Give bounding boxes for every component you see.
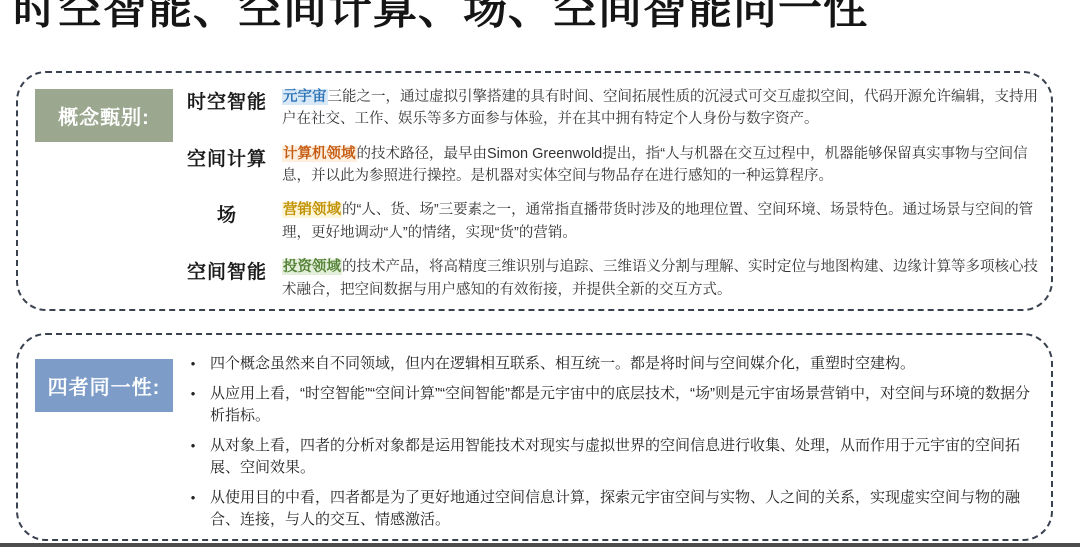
- concepts-rows: 时空智能 元宇宙三能之一，通过虚拟引擎搭建的具有时间、空间拓展性质的沉浸式可交互…: [176, 86, 1039, 301]
- concept-term: 场: [176, 199, 278, 227]
- highlight-term: 投资领域: [282, 259, 342, 275]
- bullet-icon: •: [176, 383, 210, 401]
- bullet-text: 从使用目的中看，四者都是为了更好地通过空间信息计算，探索元宇宙空间与实物、人之间…: [210, 487, 1037, 531]
- concept-term: 空间计算: [176, 143, 278, 171]
- concept-definition: 投资领域的技术产品，将高精度三维识别与追踪、三维语义分割与理解、实时定位与地图构…: [278, 256, 1039, 301]
- concepts-label: 概念甄别:: [35, 89, 173, 142]
- concept-term: 空间智能: [176, 256, 278, 284]
- identity-bullet-list: • 四个概念虽然来自不同领域，但内在逻辑相互联系、相互统一。都是将时间与空间媒介…: [176, 353, 1037, 531]
- definition-text: 的技术产品，将高精度三维识别与追踪、三维语义分割与理解、实时定位与地图构建、边缘…: [282, 259, 1038, 297]
- bottom-edge-bar: [0, 543, 1080, 547]
- bullet-text: 从对象上看，四者的分析对象都是运用智能技术对现实与虚拟世界的空间信息进行收集、处…: [210, 435, 1037, 479]
- definition-text: 的技术路径，最早由Simon Greenwold提出，指“人与机器在交互过程中，…: [282, 146, 1028, 184]
- bullet-text: 从应用上看，“时空智能”“空间计算”“空间智能”都是元宇宙中的底层技术，“场”则…: [210, 383, 1037, 427]
- concept-row-spatial-intelligence: 空间智能 投资领域的技术产品，将高精度三维识别与追踪、三维语义分割与理解、实时定…: [176, 256, 1039, 301]
- highlight-term: 营销领域: [282, 202, 342, 218]
- concept-term: 时空智能: [176, 86, 278, 114]
- concept-row-spatiotemporal-intelligence: 时空智能 元宇宙三能之一，通过虚拟引擎搭建的具有时间、空间拓展性质的沉浸式可交互…: [176, 86, 1039, 131]
- bullet-icon: •: [176, 353, 210, 371]
- bullet-icon: •: [176, 435, 210, 453]
- identity-label: 四者同一性:: [35, 359, 173, 412]
- list-item: • 从对象上看，四者的分析对象都是运用智能技术对现实与虚拟世界的空间信息进行收集…: [176, 435, 1037, 479]
- concept-definition: 营销领域的“人、货、场”三要素之一，通常指直播带货时涉及的地理位置、空间环境、场…: [278, 199, 1039, 244]
- list-item: • 从应用上看，“时空智能”“空间计算”“空间智能”都是元宇宙中的底层技术，“场…: [176, 383, 1037, 427]
- identity-panel: 四者同一性: • 四个概念虽然来自不同领域，但内在逻辑相互联系、相互统一。都是将…: [16, 333, 1053, 541]
- definition-text: 的“人、货、场”三要素之一，通常指直播带货时涉及的地理位置、空间环境、场景特色。…: [282, 202, 1033, 240]
- bullet-icon: •: [176, 487, 210, 505]
- concept-row-spatial-computing: 空间计算 计算机领域的技术路径，最早由Simon Greenwold提出，指“人…: [176, 143, 1039, 188]
- list-item: 从使用目的中看，四者都是为了更好地通过空间信息计算，探索元宇宙空间与实物、人之间…: [176, 487, 1037, 531]
- concept-row-field: 场 营销领域的“人、货、场”三要素之一，通常指直播带货时涉及的地理位置、空间环境…: [176, 199, 1039, 244]
- definition-text: 三能之一，通过虚拟引擎搭建的具有时间、空间拓展性质的沉浸式可交互虚拟空间，代码开…: [282, 89, 1038, 127]
- highlight-term: 计算机领域: [282, 146, 357, 162]
- bullet-text: 四个概念虽然来自不同领域，但内在逻辑相互联系、相互统一。都是将时间与空间媒介化，…: [210, 353, 1037, 375]
- concept-definition: 元宇宙三能之一，通过虚拟引擎搭建的具有时间、空间拓展性质的沉浸式可交互虚拟空间，…: [278, 86, 1039, 131]
- highlight-term: 元宇宙: [282, 89, 328, 105]
- list-item: • 四个概念虽然来自不同领域，但内在逻辑相互联系、相互统一。都是将时间与空间媒介…: [176, 353, 1037, 375]
- concepts-panel: 概念甄别: 时空智能 元宇宙三能之一，通过虚拟引擎搭建的具有时间、空间拓展性质的…: [16, 71, 1053, 311]
- page-title: 时空智能、空间计算、场、空间智能同一性: [13, 0, 868, 31]
- concept-definition: 计算机领域的技术路径，最早由Simon Greenwold提出，指“人与机器在交…: [278, 143, 1039, 188]
